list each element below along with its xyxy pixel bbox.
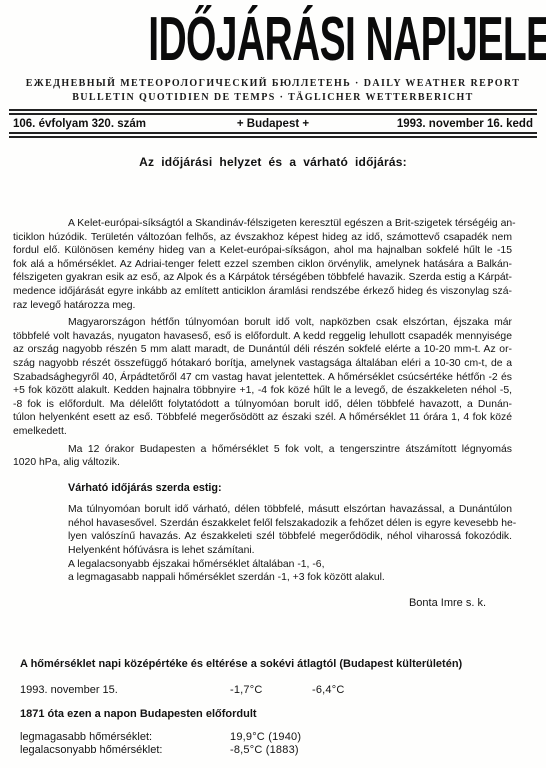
text-line: fok alá a hőmérséklet. Az Adriai-tenger … xyxy=(13,258,512,272)
record-max-label: legmagasabb hőmérséklet: xyxy=(20,731,230,743)
record-min-value: -8,5°C (1883) xyxy=(230,744,526,756)
text-line: Helyenként hófúvásra is lehet számítani. xyxy=(68,544,512,558)
paragraph: Ma túlnyomóan borult idő várható, délen … xyxy=(68,503,512,557)
paragraph: A legalacsonyabb éjszakai hőmérséklet ál… xyxy=(68,558,512,572)
text-line: lyen valószínű havazás. Az északkeleti s… xyxy=(68,530,512,544)
masthead-subtitle-ru-en: ЕЖЕДНЕВНЫЙ МЕТЕОРОЛОГИЧЕСКИЙ БЮЛЛЕТЕНЬ ·… xyxy=(0,78,546,89)
text-line: ticiklon húzódik. Területén változóan fe… xyxy=(13,231,512,245)
text-line: többfelé volt havazás, nyugaton havaseső… xyxy=(13,330,512,344)
text-line: A Kelet-európai-síkságtól a Skandináv-fé… xyxy=(13,217,512,231)
record-min-label: legalacsonyabb hőmérséklet: xyxy=(20,744,230,756)
text-line: Szabadsághegyről 40, Árpádtetőről 47 cm … xyxy=(13,371,512,385)
masthead-title-text: IDŐJÁRÁSI NAPIJELENTÉS xyxy=(148,13,546,67)
double-rule-bottom xyxy=(9,132,537,138)
stats-date-label: 1993. november 15. xyxy=(20,684,230,696)
paragraph: A Kelet-európai-síkságtól a Skandináv-fé… xyxy=(13,217,512,312)
text-line: túlon helyenként esett az eső. Többfelé … xyxy=(13,411,512,425)
text-line: néhol havasesővel. Szerdán északkelet fe… xyxy=(68,517,512,531)
text-line: Ma 12 órakor Budapesten a hőmérséklet 5 … xyxy=(13,443,512,457)
text-line: fordul elő. Különösen kemény hideg van a… xyxy=(13,244,512,258)
report-body: A Kelet-európai-síkságtól a Skandináv-fé… xyxy=(0,217,546,610)
paragraph: a legmagasabb nappali hőmérséklet szerdá… xyxy=(68,571,512,585)
forecast-body: Ma túlnyomóan borult idő várható, délen … xyxy=(13,503,512,585)
text-line: szág nagyobb részét összefüggő hótakaró … xyxy=(13,357,512,371)
record-max-value: 19,9°C (1940) xyxy=(230,731,526,743)
text-line: emelkedett. xyxy=(13,425,512,439)
record-row-min: legalacsonyabb hőmérséklet: -8,5°C (1883… xyxy=(20,744,526,756)
forecast-heading: Várható időjárás szerda estig: xyxy=(68,482,512,496)
text-line: -8 fok is előfordult. Ma délelőtt folyta… xyxy=(13,398,512,412)
report-main: Az időjárási helyzet és a várható időjár… xyxy=(0,155,546,610)
anomaly-value: -6,4°C xyxy=(312,684,526,696)
situation-paragraphs: A Kelet-európai-síkságtól a Skandináv-fé… xyxy=(13,217,512,470)
text-line: félszigeten gyakran esik az eső, az Alpo… xyxy=(13,271,512,285)
weather-report-page: IDŐJÁRÁSI NAPIJELENTÉS ЕЖЕДНЕВНЫЙ МЕТЕОР… xyxy=(0,0,546,768)
masthead-title: IDŐJÁRÁSI NAPIJELENTÉS xyxy=(0,13,546,67)
text-line: +5 fok között alakult. Kedden hajnalra t… xyxy=(13,384,512,398)
stats-heading: A hőmérséklet napi középértéke és eltéré… xyxy=(20,658,526,670)
masthead: IDŐJÁRÁSI NAPIJELENTÉS ЕЖЕДНЕВНЫЙ МЕТЕОР… xyxy=(0,0,546,138)
text-line: 1020 hPa, alig változik. xyxy=(13,456,512,470)
paragraph: Magyarországon hétfőn túlnyomóan borult … xyxy=(13,316,512,438)
records-heading: 1871 óta ezen a napon Budapesten előford… xyxy=(20,708,526,720)
temperature-stats: A hőmérséklet napi középértéke és eltéré… xyxy=(0,658,546,756)
issue-number: 106. évfolyam 320. szám xyxy=(13,118,186,130)
issue-info-bar: 106. évfolyam 320. szám + Budapest + 199… xyxy=(0,115,546,132)
record-row-max: legmagasabb hőmérséklet: 19,9°C (1940) xyxy=(20,731,526,743)
text-line: medence időjárását egyre inkább az említ… xyxy=(13,285,512,299)
issue-date: 1993. november 16. kedd xyxy=(360,118,533,130)
text-line: raz levegő határozza meg. xyxy=(13,299,512,313)
signature: Bonta Imre s. k. xyxy=(13,597,512,611)
daily-mean-value: -1,7°C xyxy=(230,684,312,696)
text-line: Magyarországon hétfőn túlnyomóan borult … xyxy=(13,316,512,330)
issue-place: + Budapest + xyxy=(186,118,359,130)
masthead-subtitle-fr-de: BULLETIN QUOTIDIEN DE TEMPS · TÄGLICHER … xyxy=(0,92,546,103)
text-line: az ország nagyobb részén 5 mm alatt mara… xyxy=(13,343,512,357)
text-line: a legmagasabb nappali hőmérséklet szerdá… xyxy=(68,571,512,585)
section-heading: Az időjárási helyzet és a várható időjár… xyxy=(0,155,546,169)
text-line: A legalacsonyabb éjszakai hőmérséklet ál… xyxy=(68,558,512,572)
stats-date-row: 1993. november 15. -1,7°C -6,4°C xyxy=(20,684,526,696)
paragraph: Ma 12 órakor Budapesten a hőmérséklet 5 … xyxy=(13,443,512,470)
text-line: Ma túlnyomóan borult idő várható, délen … xyxy=(68,503,512,517)
